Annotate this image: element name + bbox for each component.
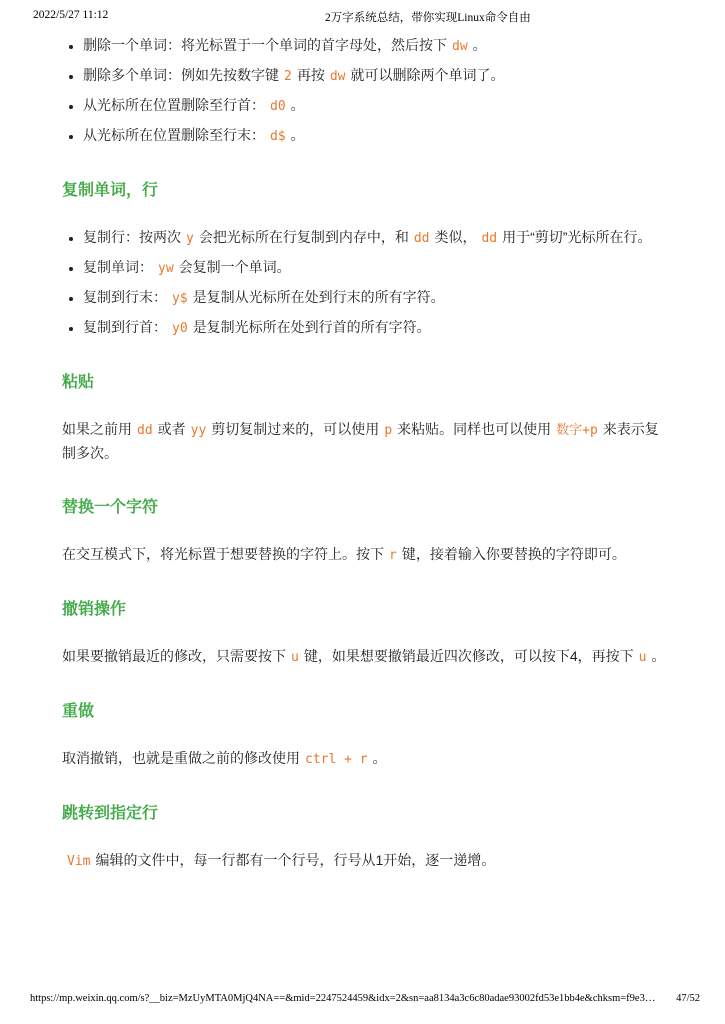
list-item-delete-to-line-start: 从光标所在位置删除至行首：d0。 [83, 94, 667, 118]
inline-code: dd [137, 423, 153, 438]
paste-paragraph: 如果之前用dd或者yy剪切复制过来的，可以使用p来粘贴。同样也可以使用数字+p来… [62, 418, 667, 465]
list-item-text: 复制到行首：y0是复制光标所在处到行首的所有字符。 [83, 319, 431, 335]
inline-code: y [186, 231, 194, 246]
footer-url: https://mp.weixin.qq.com/s?__biz=MzUyMTA… [30, 993, 660, 1004]
inline-code: u [291, 650, 299, 665]
list-item-text: 从光标所在位置删除至行末：d$。 [83, 127, 305, 143]
inline-code: 数字+p [556, 423, 598, 438]
inline-code: dd [481, 231, 497, 246]
section-heading-undo: 撤销操作 [62, 599, 667, 620]
delete-commands-list: 删除一个单词：将光标置于一个单词的首字母处，然后按下dw。 删除多个单词：例如先… [62, 34, 667, 148]
inline-code: ctrl + r [305, 752, 368, 767]
header-title: 2万字系统总结，带你实现Linux命令自由 [325, 9, 531, 25]
print-header: 2022/5/27 11:12 2万字系统总结，带你实现Linux命令自由 [33, 9, 700, 25]
inline-code: d0 [270, 99, 286, 114]
copy-commands-list: 复制行：按两次y会把光标所在行复制到内存中，和dd类似，dd用于“剪切”光标所在… [62, 226, 667, 340]
redo-paragraph: 取消撤销，也就是重做之前的修改使用ctrl + r。 [62, 747, 667, 771]
undo-paragraph: 如果要撤销最近的修改，只需要按下u键，如果想要撤销最近四次修改，可以按下4，再按… [62, 645, 667, 669]
inline-code: y$ [172, 291, 188, 306]
inline-code: yw [158, 261, 174, 276]
section-heading-copy: 复制单词，行 [62, 180, 667, 201]
list-item-copy-word: 复制单词：yw会复制一个单词。 [83, 256, 667, 280]
inline-code: 2 [284, 69, 292, 84]
inline-code: yy [191, 423, 207, 438]
section-heading-replace: 替换一个字符 [62, 497, 667, 518]
list-item-copy-line: 复制行：按两次y会把光标所在行复制到内存中，和dd类似，dd用于“剪切”光标所在… [83, 226, 667, 250]
list-item-text: 复制单词：yw会复制一个单词。 [83, 259, 291, 275]
inline-code: d$ [270, 129, 286, 144]
inline-code: r [389, 548, 397, 563]
inline-code: dw [452, 39, 468, 54]
inline-code: Vim [67, 854, 90, 869]
inline-code: u [639, 650, 647, 665]
list-item-text: 复制到行末：y$是复制从光标所在处到行末的所有字符。 [83, 289, 445, 305]
list-item-delete-to-line-end: 从光标所在位置删除至行末：d$。 [83, 124, 667, 148]
page: 2022/5/27 11:12 2万字系统总结，带你实现Linux命令自由 删除… [0, 0, 725, 1024]
goto-line-paragraph: Vim编辑的文件中，每一行都有一个行号，行号从1开始，逐一递增。 [62, 849, 667, 873]
print-footer: https://mp.weixin.qq.com/s?__biz=MzUyMTA… [30, 993, 700, 1004]
section-heading-goto-line: 跳转到指定行 [62, 803, 667, 824]
list-item-text: 删除一个单词：将光标置于一个单词的首字母处，然后按下dw。 [83, 37, 487, 53]
list-item-delete-words: 删除多个单词：例如先按数字键2再按dw就可以删除两个单词了。 [83, 64, 667, 88]
list-item-delete-word: 删除一个单词：将光标置于一个单词的首字母处，然后按下dw。 [83, 34, 667, 58]
inline-code: p [384, 423, 392, 438]
list-item-copy-to-line-start: 复制到行首：y0是复制光标所在处到行首的所有字符。 [83, 316, 667, 340]
replace-paragraph: 在交互模式下，将光标置于想要替换的字符上。按下r键，接着输入你要替换的字符即可。 [62, 543, 667, 567]
header-datetime: 2022/5/27 11:12 [33, 9, 108, 21]
list-item-text: 复制行：按两次y会把光标所在行复制到内存中，和dd类似，dd用于“剪切”光标所在… [83, 229, 651, 245]
section-heading-redo: 重做 [62, 701, 667, 722]
section-heading-paste: 粘贴 [62, 372, 667, 393]
list-item-text: 从光标所在位置删除至行首：d0。 [83, 97, 305, 113]
list-item-copy-to-line-end: 复制到行末：y$是复制从光标所在处到行末的所有字符。 [83, 286, 667, 310]
inline-code: dd [414, 231, 430, 246]
list-item-text: 删除多个单词：例如先按数字键2再按dw就可以删除两个单词了。 [83, 67, 504, 83]
article-content: 删除一个单词：将光标置于一个单词的首字母处，然后按下dw。 删除多个单词：例如先… [0, 34, 725, 873]
inline-code: y0 [172, 321, 188, 336]
footer-page-number: 47/52 [676, 993, 700, 1004]
inline-code: dw [330, 69, 346, 84]
